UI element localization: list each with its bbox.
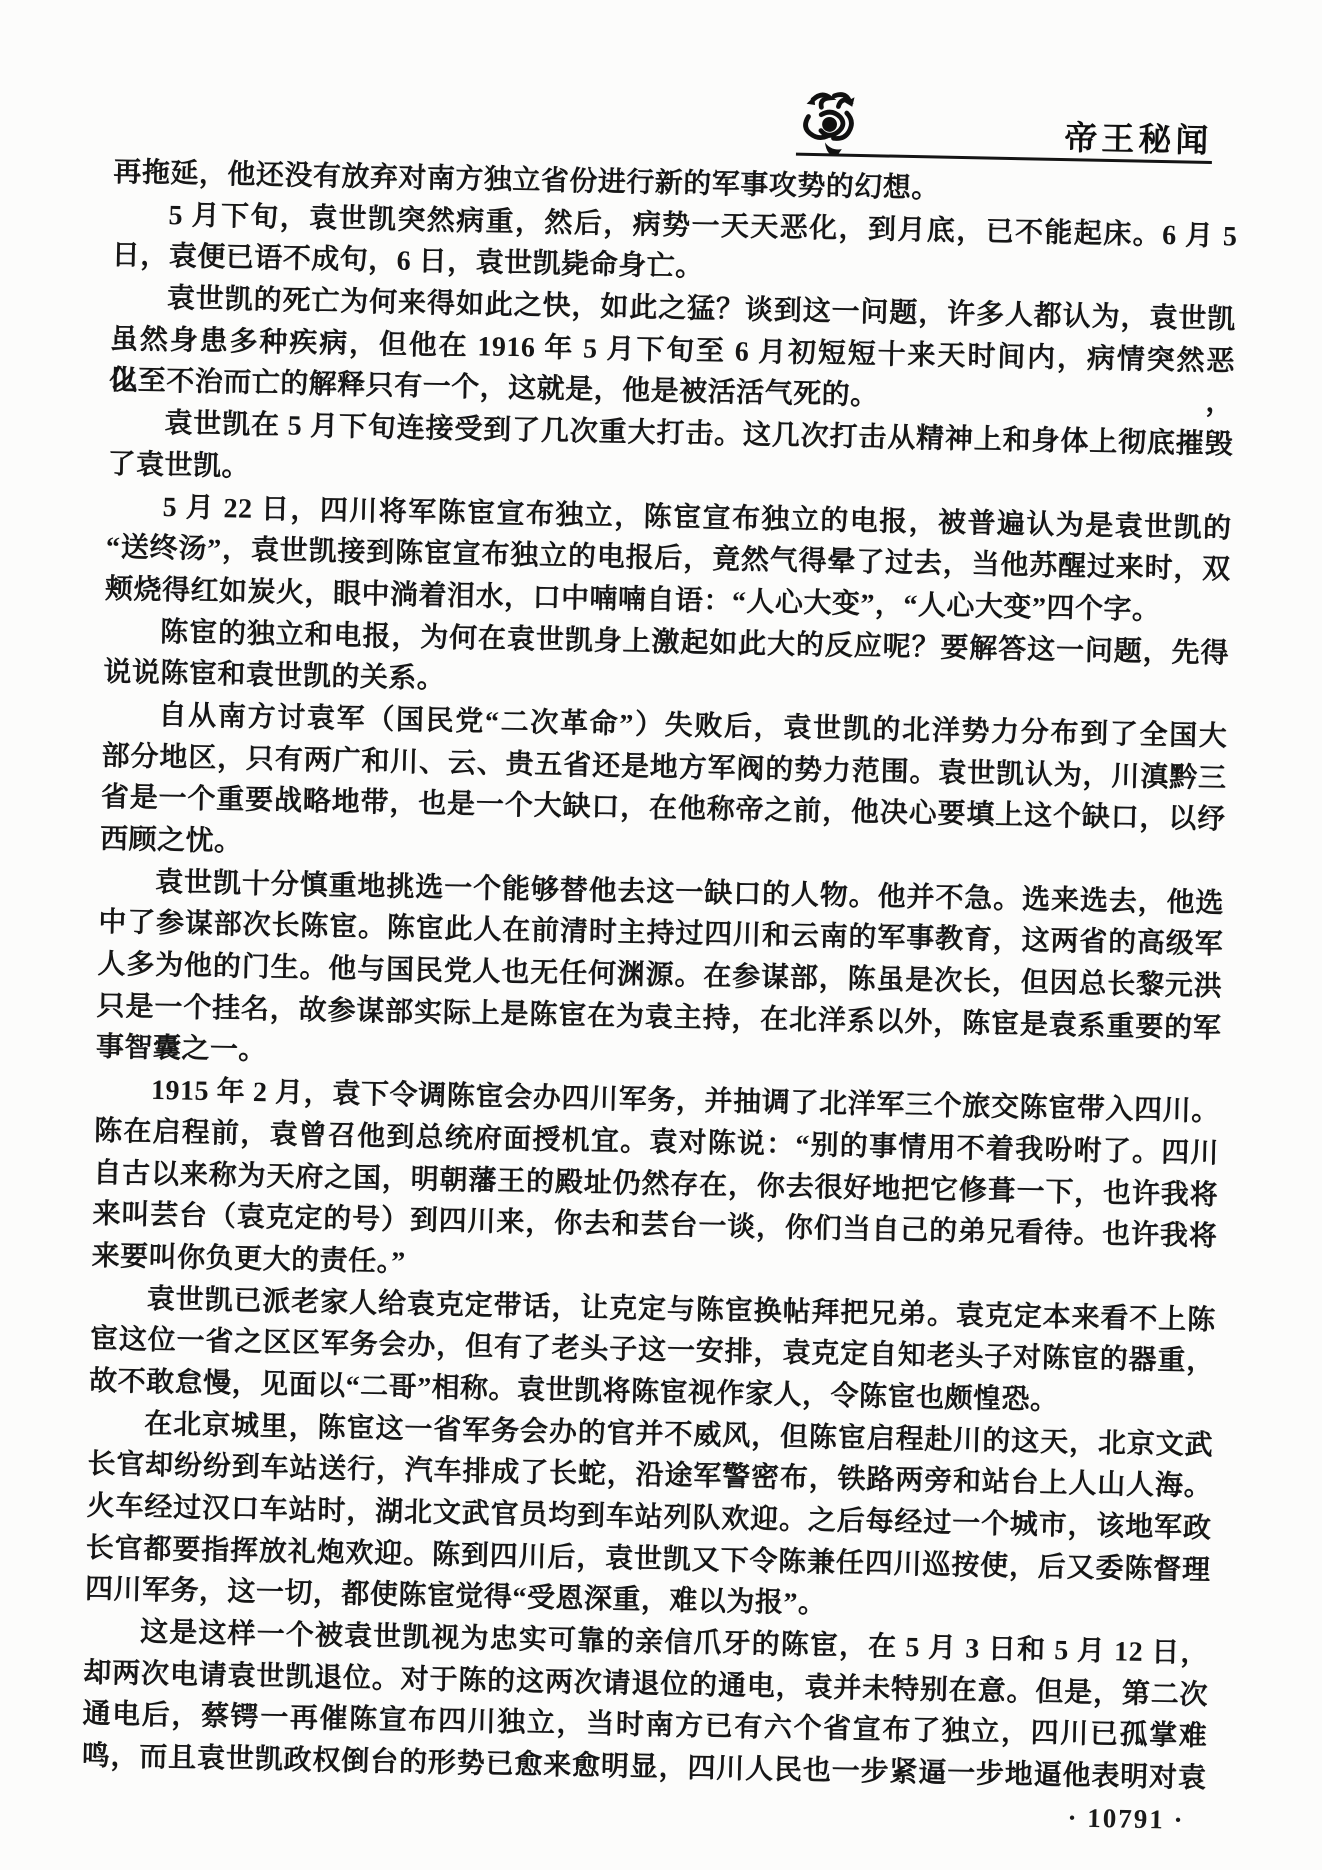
page-header-title: 帝王秘闻 [1064, 112, 1213, 162]
printed-area: 帝王秘闻 再拖延，他还没有放弃对南方独立省份进行新的军事攻势的幻想。5 月下旬，… [81, 95, 1240, 1836]
book-page: 帝王秘闻 再拖延，他还没有放弃对南方独立省份进行新的军事攻势的幻想。5 月下旬，… [0, 0, 1322, 1870]
page-header: 帝王秘闻 [114, 95, 1240, 164]
dragon-emblem-icon [797, 89, 862, 163]
body-text: 再拖延，他还没有放弃对南方独立省份进行新的军事攻势的幻想。5 月下旬，袁世凯突然… [81, 152, 1238, 1800]
